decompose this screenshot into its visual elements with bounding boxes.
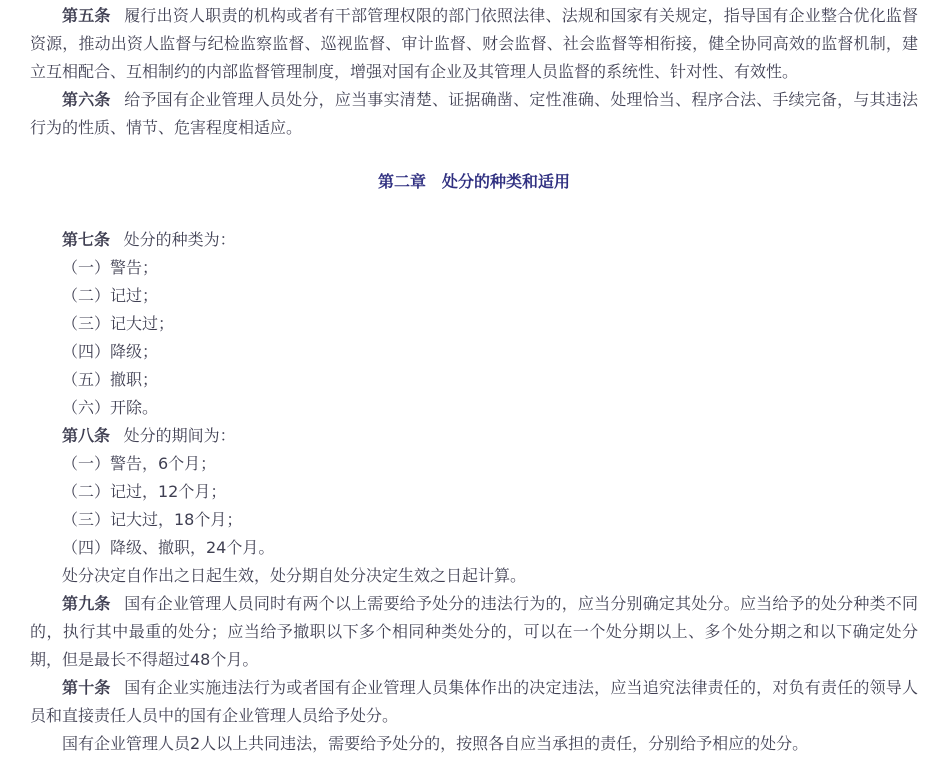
article-6-paragraph: 第六条给予国有企业管理人员处分，应当事实清楚、证据确凿、定性准确、处理恰当、程序… (30, 86, 918, 142)
list-item-7-5: （五）撤职； (30, 366, 918, 394)
list-item-7-6: （六）开除。 (30, 394, 918, 422)
list-item-7-1: （一）警告； (30, 254, 918, 282)
article-8-number: 第八条 (62, 426, 110, 445)
article-10-note: 国有企业管理人员2人以上共同违法，需要给予处分的，按照各自应当承担的责任，分别给… (30, 730, 918, 758)
document-body: 第五条履行出资人职责的机构或者有干部管理权限的部门依照法律、法规和国家有关规定，… (0, 0, 948, 768)
article-5-paragraph: 第五条履行出资人职责的机构或者有干部管理权限的部门依照法律、法规和国家有关规定，… (30, 2, 918, 86)
article-8-text: 处分的期间为： (124, 426, 236, 445)
article-10-paragraph: 第十条国有企业实施违法行为或者国有企业管理人员集体作出的决定违法，应当追究法律责… (30, 674, 918, 730)
list-item-7-3: （三）记大过； (30, 310, 918, 338)
article-10-number: 第十条 (62, 678, 111, 697)
article-8-note: 处分决定自作出之日起生效，处分期自处分决定生效之日起计算。 (30, 562, 918, 590)
article-9-paragraph: 第九条国有企业管理人员同时有两个以上需要给予处分的违法行为的，应当分别确定其处分… (30, 590, 918, 674)
article-5-text: 履行出资人职责的机构或者有干部管理权限的部门依照法律、法规和国家有关规定，指导国… (30, 6, 918, 81)
article-9-text: 国有企业管理人员同时有两个以上需要给予处分的违法行为的，应当分别确定其处分。应当… (30, 594, 918, 669)
article-9-number: 第九条 (62, 594, 111, 613)
list-item-8-2: （二）记过，12个月； (30, 478, 918, 506)
article-5-number: 第五条 (62, 6, 111, 25)
article-7-paragraph: 第七条处分的种类为： (30, 226, 918, 254)
list-item-7-2: （二）记过； (30, 282, 918, 310)
article-10-text: 国有企业实施违法行为或者国有企业管理人员集体作出的决定违法，应当追究法律责任的，… (30, 678, 918, 725)
article-6-number: 第六条 (62, 90, 111, 109)
chapter-2-heading: 第二章 处分的种类和适用 (30, 168, 918, 196)
list-item-8-4: （四）降级、撤职，24个月。 (30, 534, 918, 562)
list-item-8-1: （一）警告，6个月； (30, 450, 918, 478)
article-7-text: 处分的种类为： (124, 230, 236, 249)
article-7-number: 第七条 (62, 230, 110, 249)
article-8-paragraph: 第八条处分的期间为： (30, 422, 918, 450)
list-item-7-4: （四）降级； (30, 338, 918, 366)
article-6-text: 给予国有企业管理人员处分，应当事实清楚、证据确凿、定性准确、处理恰当、程序合法、… (30, 90, 918, 137)
list-item-8-3: （三）记大过，18个月； (30, 506, 918, 534)
